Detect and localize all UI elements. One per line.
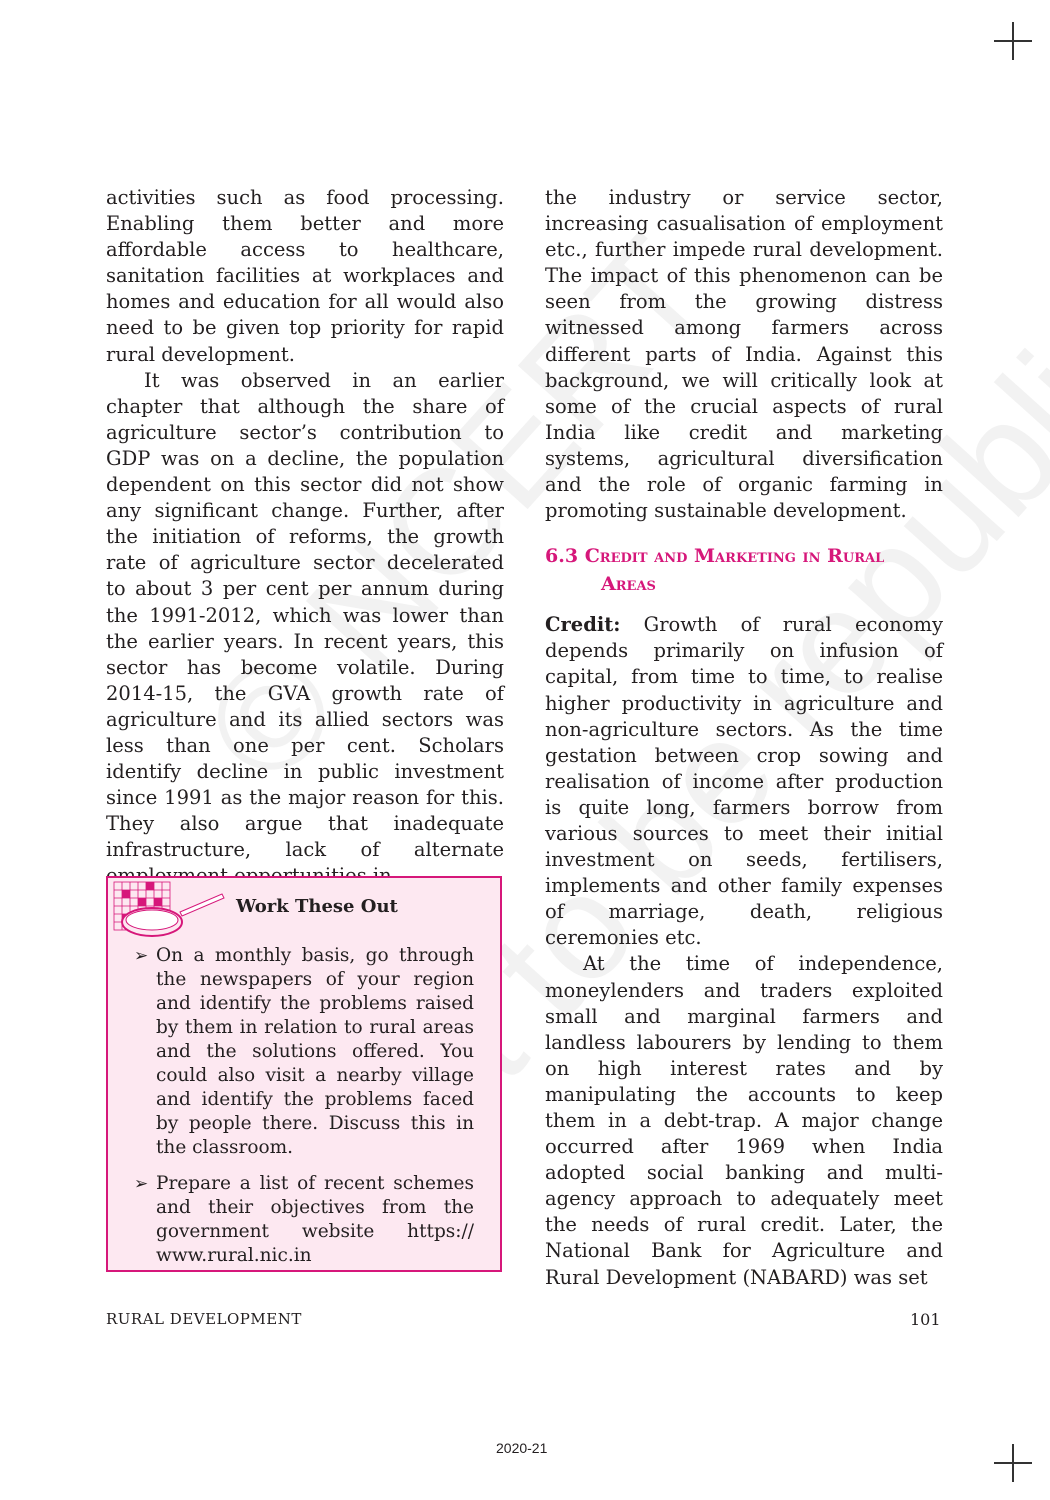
page-number: 101 xyxy=(910,1310,941,1329)
section-title-line-2: Areas xyxy=(545,570,943,598)
paragraph: At the time of independence, moneylender… xyxy=(545,951,943,1290)
list-item: ➢Prepare a list of recent schemes and th… xyxy=(134,1172,474,1268)
credit-lead: Credit: xyxy=(545,613,620,636)
crossword-magnifier-icon xyxy=(112,880,230,950)
running-title: RURAL DEVELOPMENT xyxy=(106,1310,302,1328)
arrow-bullet-icon: ➢ xyxy=(134,944,148,968)
section-title-line-1: Credit and Marketing in Rural xyxy=(585,545,885,567)
section-heading: 6.3 Credit and Marketing in Rural Areas xyxy=(545,542,943,598)
list-item: ➢On a monthly basis, go through the news… xyxy=(134,944,474,1160)
right-column: the industry or service sector, increasi… xyxy=(545,185,943,1291)
paragraph: Credit: Growth of rural economy depends … xyxy=(545,612,943,951)
left-column: activities such as food processing. Enab… xyxy=(106,185,504,890)
arrow-bullet-icon: ➢ xyxy=(134,1172,148,1196)
box-title: Work These Out xyxy=(236,896,398,917)
paragraph: the industry or service sector, increasi… xyxy=(545,185,943,524)
edition-year: 2020-21 xyxy=(496,1440,547,1456)
paragraph: It was observed in an earlier chapter th… xyxy=(106,368,504,890)
section-number: 6.3 xyxy=(545,545,578,567)
activity-list: ➢On a monthly basis, go through the news… xyxy=(134,944,474,1280)
work-these-out-box: Work These Out ➢On a monthly basis, go t… xyxy=(106,876,502,1272)
paragraph: activities such as food processing. Enab… xyxy=(106,185,504,368)
